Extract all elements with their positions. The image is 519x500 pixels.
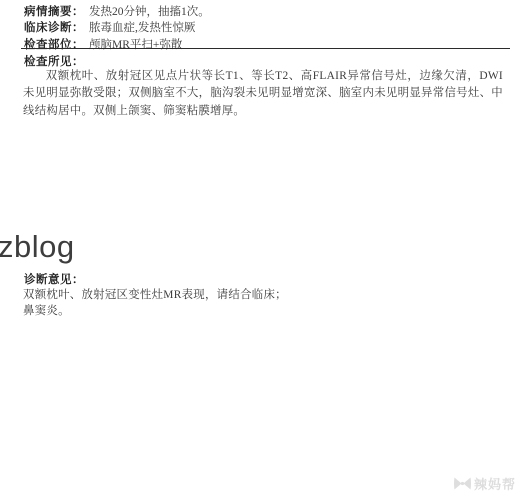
clinical-diagnosis-value: 脓毒血症,发热性惊厥 — [89, 19, 195, 35]
field-row-exam-site: 检查部位： 颅脑MR平扫+弥散 — [24, 36, 210, 52]
zblog-logo[interactable]: zblog — [0, 228, 75, 266]
field-row-summary: 病情摘要： 发热20分钟，抽搐1次。 — [24, 3, 210, 19]
diagnosis-section-label: 诊断意见： — [24, 271, 84, 287]
findings-section-label: 检查所见： — [24, 53, 84, 69]
exam-site-value: 颅脑MR平扫+弥散 — [89, 36, 182, 52]
diagnosis-line-2: 鼻窦炎。 — [23, 304, 287, 320]
watermark: 辣妈帮 — [453, 474, 516, 493]
findings-paragraph: 双额枕叶、放射冠区见点片状等长T1、等长T2、高FLAIR异常信号灶，边缘欠清，… — [23, 68, 503, 120]
summary-value: 发热20分钟，抽搐1次。 — [89, 3, 210, 19]
field-row-clinical-diagnosis: 临床诊断： 脓毒血症,发热性惊厥 — [24, 19, 210, 35]
summary-label: 病情摘要： — [24, 3, 84, 19]
header-divider — [21, 48, 510, 49]
diagnosis-line-1: 双额枕叶、放射冠区变性灶MR表现，请结合临床； — [23, 288, 287, 304]
bow-logo-icon — [453, 476, 472, 491]
diagnosis-text: 双额枕叶、放射冠区变性灶MR表现，请结合临床； 鼻窦炎。 — [23, 288, 287, 320]
clinical-diagnosis-label: 临床诊断： — [24, 19, 84, 35]
watermark-text: 辣妈帮 — [474, 474, 516, 493]
medical-report-page: 病情摘要： 发热20分钟，抽搐1次。 临床诊断： 脓毒血症,发热性惊厥 检查部位… — [0, 0, 519, 500]
exam-site-label: 检查部位： — [24, 36, 84, 52]
report-header-fields: 病情摘要： 发热20分钟，抽搐1次。 临床诊断： 脓毒血症,发热性惊厥 检查部位… — [24, 3, 210, 52]
